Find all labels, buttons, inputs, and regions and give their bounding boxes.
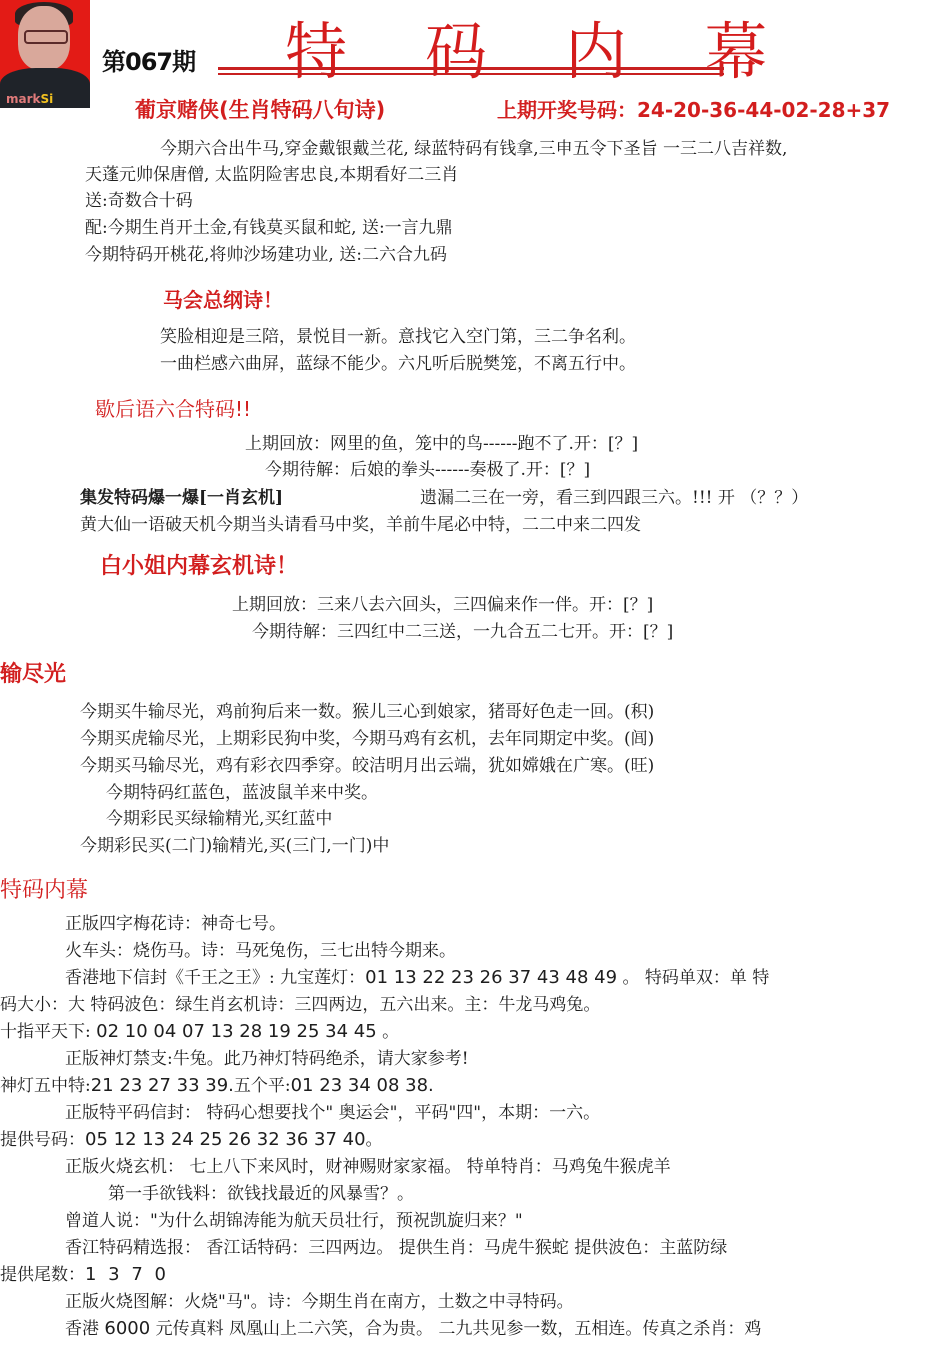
info-line: 火车头：烧伤马。诗：马死兔伤，三七出特今期来。 [65,938,456,964]
jifa-label: 集发特码爆一爆[一肖玄机] [80,485,283,511]
info-line: 香港地下信封《千王之王》: 九宝莲灯：01 13 22 23 26 37 43 … [65,965,769,991]
riddle-line: 今期待解：后娘的拳头------奏极了.开：[？] [265,457,590,483]
poem-line: 今期特码开桃花,将帅沙场建功业, 送:二六合九码 [85,242,447,268]
info-line: 正版神灯禁支:牛兔。此乃神灯特码绝杀，请大家参考! [65,1046,469,1072]
poem-line: 今期待解：三四红中二三送，一九合五二七开。开：[？] [252,619,673,645]
page-title: 特码内幕 [285,2,845,91]
poem-line: 笑脸相迎是三陪，景悦目一新。意找它入空门第，三二争名利。 [160,324,636,350]
info-line: 曾道人说："为什么胡锦涛能为航天员壮行，预祝凯旋归来？" [65,1208,523,1234]
poem-line: 上期回放：三来八去六回头，三四偏来作一伴。开：[？] [232,592,653,618]
poem-line: 今期买马输尽光，鸡有彩衣四季穿。皎洁明月出云端，犹如嫦娥在广寒。(旺) [80,753,654,779]
riddle-line: 上期回放：网里的鱼，笼中的鸟------跑不了.开：[？] [245,431,638,457]
info-line: 正版火烧玄机： 七上八下来风时，财神赐财家家福。 特单特肖：马鸡兔牛猴虎羊 [65,1154,671,1180]
poem-line: 今期买牛输尽光，鸡前狗后来一数。猴儿三心到娘家，猪哥好色走一回。(积) [80,699,654,725]
poem-line: 今期买虎输尽光，上期彩民狗中奖，今期马鸡有玄机，去年同期定中奖。(闾) [80,726,654,752]
info-line: 码大小：大 特码波色：绿生肖玄机诗：三四两边，五六出来。主：牛龙马鸡兔。 [0,992,600,1018]
lucky-numbers: 01 23 34 08 38. [291,1075,434,1096]
info-line: 提供号码：05 12 13 24 25 26 32 36 37 40。 [0,1127,383,1153]
info-line: 正版火烧图解：火烧"马"。诗：今期生肖在南方，土数之中寻特码。 [65,1289,574,1315]
heading-xiehouyu: 歇后语六合特码!! [95,393,251,422]
poem-line: 一曲栏感六曲屏，蓝绿不能少。六凡听后脱樊笼，不离五行中。 [160,351,636,377]
heading-mahui: 马会总纲诗！ [163,284,283,313]
info-line: 提供尾数：1 3 7 0 [0,1262,169,1288]
heading-neimu: 特码内幕 [0,873,88,904]
lucky-numbers: 02 10 04 07 13 28 19 25 34 45 [96,1021,377,1042]
info-line: 第一手欲钱料：欲钱找最近的风暴雪？。 [108,1181,414,1207]
title-underline-2 [218,73,724,75]
portrait-logo: markSi [6,92,53,106]
jifa-text: 遗漏二三在一旁，看三到四跟三六。!!! 开 （？？） [420,485,808,511]
poem-line: 今期六合出牛马,穿金戴银戴兰花, 绿蓝特码有钱拿,三申五令下圣旨 一三二八吉祥数… [160,136,787,162]
lucky-numbers: 05 12 13 24 25 26 32 36 37 40 [85,1129,366,1150]
poem-line: 今期彩民买(二门)输精光,买(三门,一门)中 [80,833,389,859]
lucky-numbers: 21 23 27 33 39. [91,1075,234,1096]
poem-line: 送:奇数合十码 [85,188,193,214]
lucky-numbers: 01 13 22 23 26 37 43 48 49 [365,967,617,988]
info-line: 正版四字梅花诗：神奇七号。 [65,911,286,937]
info-line: 香江特码精选报： 香江话特码：三四两边。 提供生肖：马虎牛猴蛇 提供波色：主蓝防… [65,1235,727,1261]
poem-line: 配:今期生肖开土金,有钱莫买鼠和蛇, 送:一言九鼎 [85,215,453,241]
last-draw-numbers: 上期开奖号码：24-20-36-44-02-28+37 [497,94,890,123]
info-line: 正版特平码信封： 特码心想要找个" 奥运会"，平码"四"，本期：一六。 [65,1100,600,1126]
heading-shujin: 输尽光 [0,657,66,688]
info-line: 十指平天下: 02 10 04 07 13 28 19 25 34 45 。 [0,1019,399,1045]
info-line: 神灯五中特:21 23 27 33 39.五个平:01 23 34 08 38. [0,1073,434,1099]
subtitle-poem8: 葡京赌侠(生肖特码八句诗) [135,94,385,124]
poem-line: 今期彩民买绿输精光,买红蓝中 [106,806,332,832]
title-underline [218,67,724,70]
issue-number: 第067期 [102,42,195,77]
poem-line: 天蓬元帅保唐僧, 太监阴险害忠良,本期看好二三肖 [85,162,458,188]
heading-bai: 白小姐内幕玄机诗！ [100,549,298,580]
tail-numbers: 1 3 7 0 [85,1264,169,1285]
info-line: 香港 6000 元传真料 凤凰山上二六笑，合为贵。 二九共见参一数，五相连。传真… [65,1316,761,1342]
huang-line: 黄大仙一语破天机今期当头请看马中奖，羊前牛尾必中特，二二中来二四发 [80,512,641,538]
portrait-image: markSi [0,0,90,108]
poem-line: 今期特码红蓝色，蓝波鼠羊来中奖。 [106,780,378,806]
